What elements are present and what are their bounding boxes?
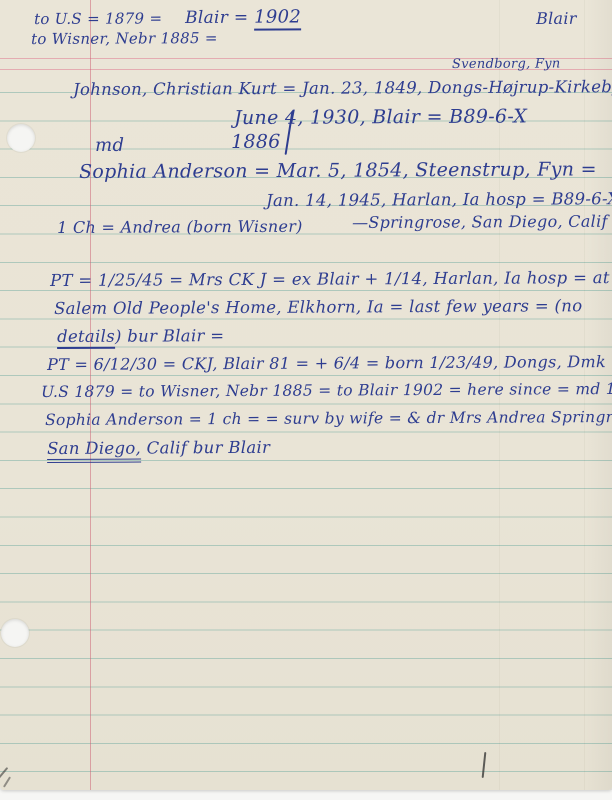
married-abbrev: md [95, 135, 124, 156]
obit-1930-line-3: Sophia Anderson = 1 ch = = surv by wife … [45, 408, 612, 429]
daughter-residence: —Springrose, San Diego, Calif [352, 212, 608, 232]
corner-scratch-mark [3, 776, 11, 787]
spouse-death-line: Jan. 14, 1945, Harlan, Ia hosp = B89-6-X [266, 189, 612, 210]
obit-1930-line-2: U.S 1879 = to Wisner, Nebr 1885 = to Bla… [41, 380, 612, 401]
children-line: 1 Ch = Andrea (born Wisner) [57, 217, 303, 237]
details-underlined: details [57, 327, 115, 349]
subject-death-line: June 4, 1930, Blair = B89-6-X [234, 105, 527, 129]
married-year: 1886 [231, 131, 281, 153]
punch-hole-bottom [1, 619, 29, 647]
obit-1930-line-4: San Diego, Calif bur Blair [47, 438, 270, 458]
subject-birth-line: Johnson, Christian Kurt = Jan. 23, 1849,… [73, 77, 612, 99]
blair-label: Blair = [185, 8, 254, 28]
corner-scratch-mark [0, 767, 8, 779]
spouse-birth-line: Sophia Anderson = Mar. 5, 1854, Steenstr… [79, 158, 597, 183]
blair-year-underlined: 1902 [254, 6, 301, 30]
birthplace-superscript: Svendborg, Fyn [452, 56, 561, 72]
obit-1945-line-2: Salem Old People's Home, Elkhorn, Ia = l… [54, 296, 582, 318]
obit-1945-line-1: PT = 1/25/45 = Mrs CK J = ex Blair + 1/1… [50, 268, 610, 290]
surname-index-label: Blair [536, 9, 577, 28]
note-immigration-wisner: to Wisner, Nebr 1885 = [31, 29, 218, 48]
obit-1945-line-3: details) bur Blair = [57, 326, 224, 346]
burial-note: ) bur Blair = [115, 326, 224, 346]
note-immigration-us: to U.S = 1879 = [34, 9, 162, 28]
note-blair-year: Blair = 1902 [185, 6, 301, 28]
punch-hole-top [7, 124, 35, 152]
obit-1930-line-1: PT = 6/12/30 = CKJ, Blair 81 = + 6/4 = b… [47, 352, 612, 374]
pen-scratch-mark [482, 752, 487, 778]
burial-note-2: Calif bur Blair [141, 438, 270, 458]
notebook-paper: to U.S = 1879 = to Wisner, Nebr 1885 = B… [0, 0, 612, 790]
san-diego-underlined: San Diego, [47, 439, 141, 463]
scanned-genealogy-note-page: { "colors": { "ink": "#2e3d90", "paper":… [0, 0, 612, 800]
